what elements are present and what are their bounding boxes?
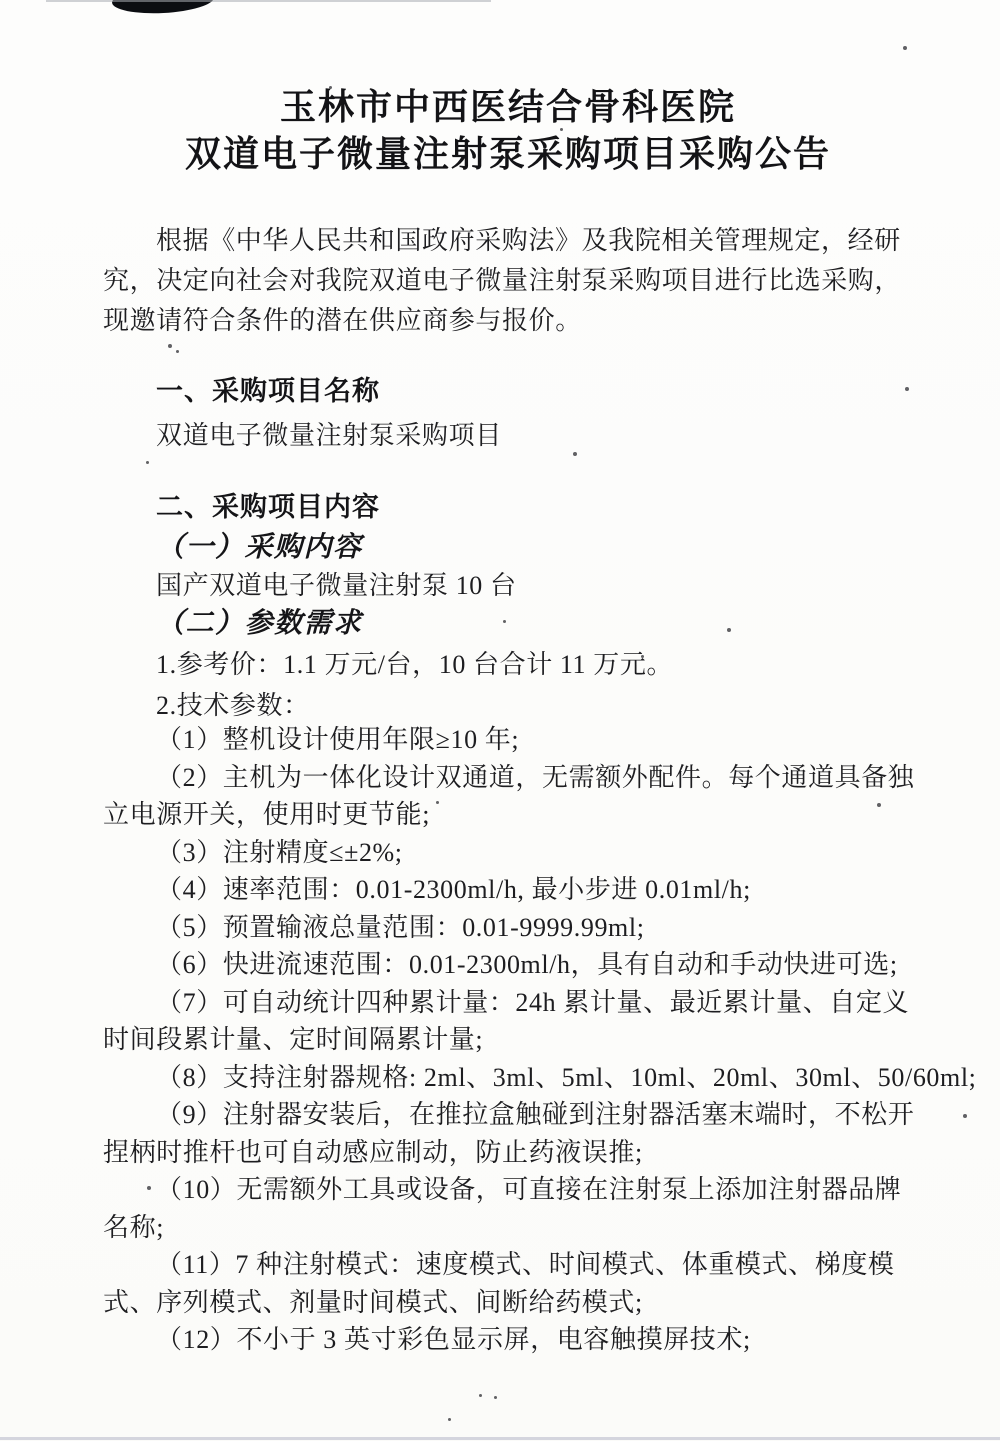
param-line-continuation: 时间段累计量、定时间隔累计量; bbox=[103, 1021, 913, 1059]
param-line-continuation: 名称; bbox=[103, 1209, 913, 1247]
param-line: （2）主机为一体化设计双通道，无需额外配件。每个通道具备独 bbox=[103, 759, 913, 797]
param-line: （10）无需额外工具或设备，可直接在注射泵上添加注射器品牌 bbox=[103, 1171, 913, 1209]
scan-speck bbox=[494, 1396, 497, 1399]
sub-two-heading: （二）参数需求 bbox=[103, 605, 913, 643]
param-line: （3）注射精度≤±2%; bbox=[103, 834, 913, 872]
param-line: （1）整机设计使用年限≥10 年; bbox=[103, 721, 913, 759]
param-line-continuation: 式、序列模式、剂量时间模式、间断给药模式; bbox=[103, 1284, 913, 1322]
scan-speck bbox=[963, 1114, 967, 1118]
document-content: 玉林市中西医结合骨科医院 双道电子微量注射泵采购项目采购公告 根据《中华人民共和… bbox=[103, 0, 913, 1359]
section-one-heading: 一、采购项目名称 bbox=[103, 372, 913, 410]
scan-artifact-bottom-line bbox=[0, 1437, 1000, 1440]
param-line: （12）不小于 3 英寸彩色显示屏，电容触摸屏技术; bbox=[103, 1321, 913, 1359]
tech-params-label: 2.技术参数： bbox=[103, 687, 913, 725]
intro-line: 根据《中华人民共和国政府采购法》及我院相关管理规定，经研 bbox=[103, 222, 913, 260]
param-line: （11）7 种注射模式：速度模式、时间模式、体重模式、梯度模 bbox=[103, 1246, 913, 1284]
sub-one-heading: （一）采购内容 bbox=[103, 529, 913, 567]
sub-one-content: 国产双道电子微量注射泵 10 台 bbox=[103, 567, 913, 605]
scan-speck bbox=[448, 1418, 451, 1421]
title-line-1: 玉林市中西医结合骨科医院 bbox=[103, 84, 913, 131]
title-line-2: 双道电子微量注射泵采购项目采购公告 bbox=[103, 131, 913, 178]
intro-paragraph: 根据《中华人民共和国政府采购法》及我院相关管理规定，经研 究，决定向社会对我院双… bbox=[103, 222, 913, 340]
section-one-content: 双道电子微量注射泵采购项目 bbox=[103, 417, 913, 455]
reference-price-line: 1.参考价：1.1 万元/台，10 台合计 11 万元。 bbox=[103, 646, 913, 684]
section-two-heading: 二、采购项目内容 bbox=[103, 488, 913, 526]
scanned-document-page: 玉林市中西医结合骨科医院 双道电子微量注射泵采购项目采购公告 根据《中华人民共和… bbox=[0, 0, 1000, 1441]
param-line: （9）注射器安装后，在推拉盒触碰到注射器活塞末端时，不松开 bbox=[103, 1096, 913, 1134]
param-line-continuation: 立电源开关，使用时更节能; bbox=[103, 796, 913, 834]
param-line: （4）速率范围：0.01-2300ml/h, 最小步进 0.01ml/h; bbox=[103, 871, 913, 909]
param-line: （7）可自动统计四种累计量：24h 累计量、最近累计量、自定义 bbox=[103, 984, 913, 1022]
intro-line: 究，决定向社会对我院双道电子微量注射泵采购项目进行比选采购， bbox=[103, 262, 913, 300]
tech-params-list: （1）整机设计使用年限≥10 年; （2）主机为一体化设计双通道，无需额外配件。… bbox=[103, 721, 913, 1359]
scan-speck bbox=[479, 1394, 482, 1397]
param-line-continuation: 捏柄时推杆也可自动感应制动，防止药液误推; bbox=[103, 1134, 913, 1172]
param-line: （5）预置输液总量范围：0.01-9999.99ml; bbox=[103, 909, 913, 947]
param-line: （8）支持注射器规格: 2ml、3ml、5ml、10ml、20ml、30ml、5… bbox=[103, 1059, 913, 1097]
document-title: 玉林市中西医结合骨科医院 双道电子微量注射泵采购项目采购公告 bbox=[103, 84, 913, 178]
intro-line: 现邀请符合条件的潜在供应商参与报价。 bbox=[103, 302, 913, 340]
param-line: （6）快进流速范围：0.01-2300ml/h，具有自动和手动快进可选; bbox=[103, 946, 913, 984]
